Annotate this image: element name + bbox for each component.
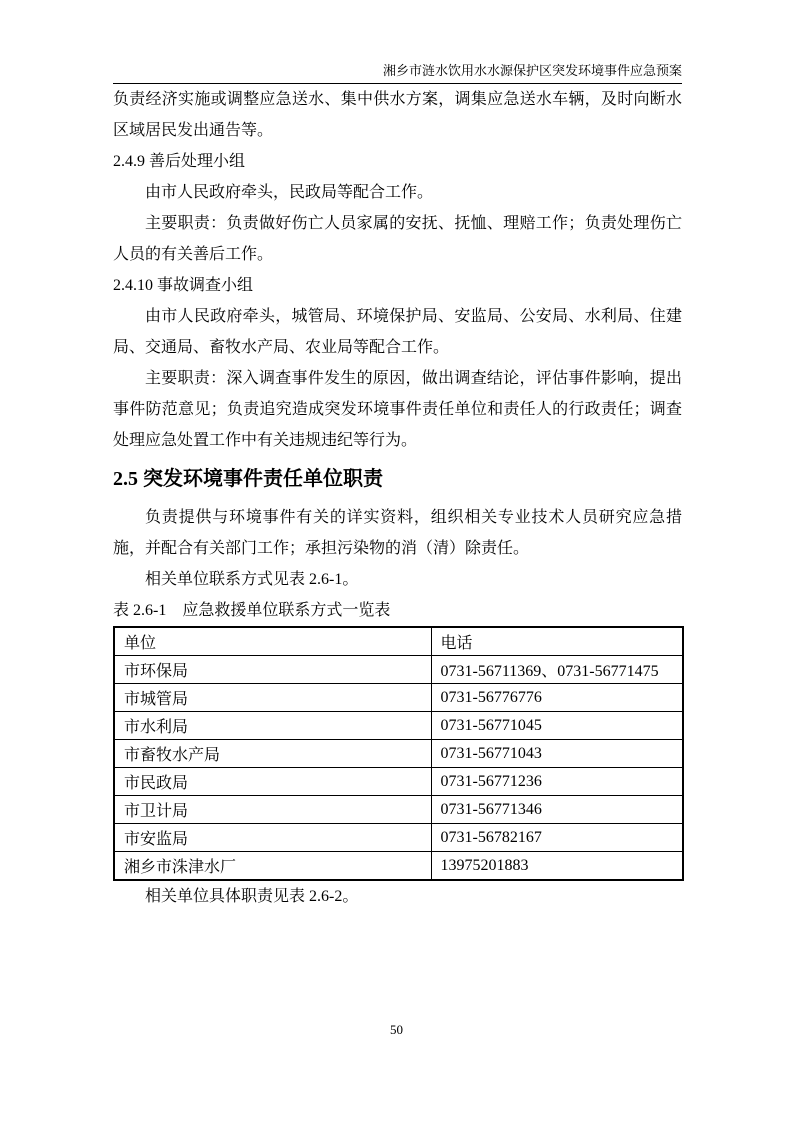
page-number: 50 — [0, 1022, 793, 1038]
heading-2-4-10: 2.4.10 事故调查小组 — [113, 270, 682, 301]
table-caption: 表 2.6-1 应急救援单位联系方式一览表 — [113, 595, 682, 626]
unit-cell: 市水利局 — [114, 712, 431, 740]
phone-cell: 0731-56782167 — [431, 824, 683, 852]
contacts-table: 单位 电话 市环保局0731-56711369、0731-56771475市城管… — [113, 626, 684, 881]
unit-cell: 湘乡市洙津水厂 — [114, 852, 431, 881]
phone-cell: 13975201883 — [431, 852, 683, 881]
paragraph-2-4-10-duties: 主要职责：深入调查事件发生的原因，做出调查结论，评估事件影响，提出事件防范意见；… — [113, 363, 682, 456]
paragraph-table-ref-2: 相关单位具体职责见表 2.6-2。 — [113, 881, 682, 912]
phone-cell: 0731-56776776 — [431, 684, 683, 712]
phone-cell: 0731-56771346 — [431, 796, 683, 824]
table-row: 市卫计局0731-56771346 — [114, 796, 683, 824]
document-page: 湘乡市涟水饮用水水源保护区突发环境事件应急预案 负责经济实施或调整应急送水、集中… — [0, 0, 793, 1122]
contacts-tbody: 市环保局0731-56711369、0731-56771475市城管局0731-… — [114, 656, 683, 881]
heading-2-4-9: 2.4.9 善后处理小组 — [113, 146, 682, 177]
phone-cell: 0731-56771043 — [431, 740, 683, 768]
column-header-unit: 单位 — [114, 627, 431, 656]
paragraph-continuation: 负责经济实施或调整应急送水、集中供水方案，调集应急送水车辆，及时向断水区域居民发… — [113, 84, 682, 146]
unit-cell: 市卫计局 — [114, 796, 431, 824]
column-header-phone: 电话 — [431, 627, 683, 656]
table-row: 市水利局0731-56771045 — [114, 712, 683, 740]
body-text: 负责经济实施或调整应急送水、集中供水方案，调集应急送水车辆，及时向断水区域居民发… — [113, 84, 682, 912]
table-row: 市安监局0731-56782167 — [114, 824, 683, 852]
table-header-row: 单位 电话 — [114, 627, 683, 656]
unit-cell: 市安监局 — [114, 824, 431, 852]
unit-cell: 市环保局 — [114, 656, 431, 684]
unit-cell: 市畜牧水产局 — [114, 740, 431, 768]
paragraph-2-5-duties: 负责提供与环境事件有关的详实资料，组织相关专业技术人员研究应急措施，并配合有关部… — [113, 502, 682, 564]
paragraph-2-4-10-lead: 由市人民政府牵头，城管局、环境保护局、安监局、公安局、水利局、住建局、交通局、畜… — [113, 301, 682, 363]
table-row: 市环保局0731-56711369、0731-56771475 — [114, 656, 683, 684]
phone-cell: 0731-56771045 — [431, 712, 683, 740]
page-header-title: 湘乡市涟水饮用水水源保护区突发环境事件应急预案 — [113, 0, 682, 84]
table-row: 市城管局0731-56776776 — [114, 684, 683, 712]
phone-cell: 0731-56771236 — [431, 768, 683, 796]
paragraph-2-4-9-lead: 由市人民政府牵头，民政局等配合工作。 — [113, 177, 682, 208]
paragraph-table-ref-1: 相关单位联系方式见表 2.6-1。 — [113, 564, 682, 595]
unit-cell: 市民政局 — [114, 768, 431, 796]
phone-cell: 0731-56711369、0731-56771475 — [431, 656, 683, 684]
table-row: 市民政局0731-56771236 — [114, 768, 683, 796]
heading-2-5: 2.5 突发环境事件责任单位职责 — [113, 460, 682, 498]
unit-cell: 市城管局 — [114, 684, 431, 712]
paragraph-2-4-9-duties: 主要职责：负责做好伤亡人员家属的安抚、抚恤、理赔工作；负责处理伤亡人员的有关善后… — [113, 208, 682, 270]
table-row: 市畜牧水产局0731-56771043 — [114, 740, 683, 768]
contacts-table-head: 单位 电话 — [114, 627, 683, 656]
page-content: 湘乡市涟水饮用水水源保护区突发环境事件应急预案 负责经济实施或调整应急送水、集中… — [113, 0, 682, 912]
table-row: 湘乡市洙津水厂13975201883 — [114, 852, 683, 881]
